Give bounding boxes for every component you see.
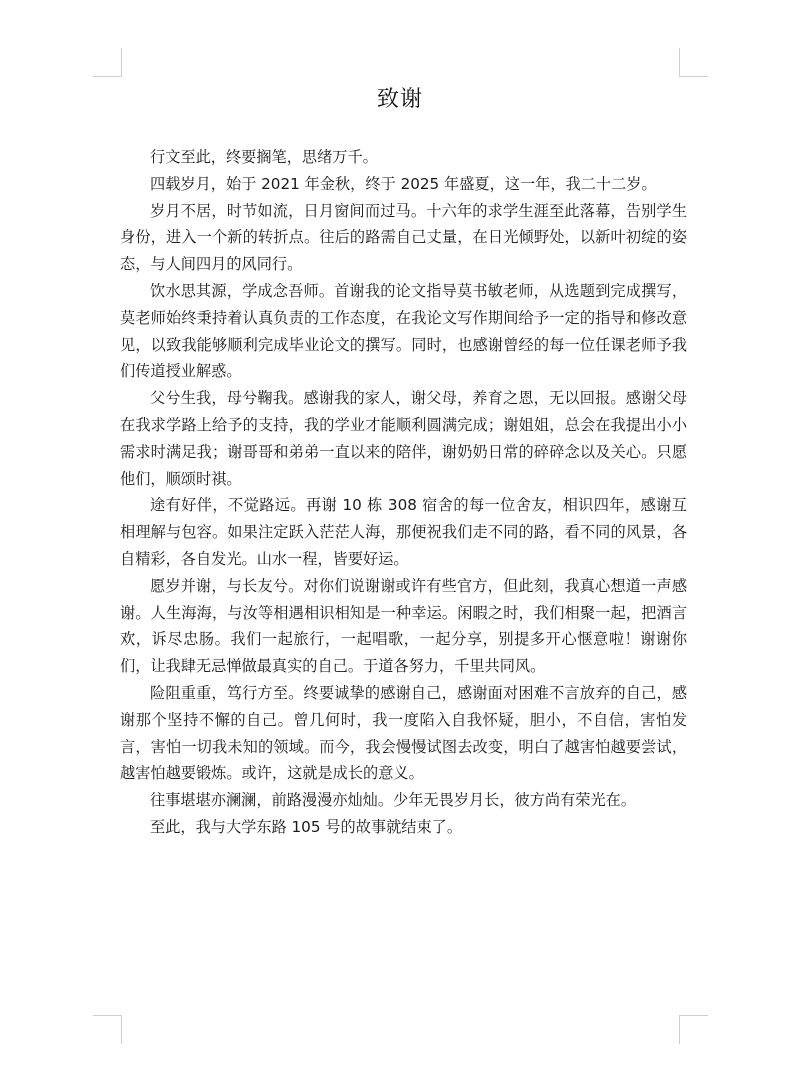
paragraph: 父兮生我，母兮鞠我。感谢我的家人，谢父母，养育之恩，无以回报。感谢父母在我求学路… (120, 385, 687, 492)
paragraph: 四载岁月，始于 2021 年金秋，终于 2025 年盛夏，这一年，我二十二岁。 (120, 171, 687, 198)
paragraph: 行文至此，终要搁笔，思绪万千。 (120, 144, 687, 171)
crop-mark-bottom-right (679, 1015, 708, 1044)
paragraph: 途有好伴，不觉路远。再谢 10 栋 308 宿舍的每一位舍友，相识四年，感谢互相… (120, 492, 687, 572)
paragraph: 往事堪堪亦澜澜，前路漫漫亦灿灿。少年无畏岁月长，彼方尚有荣光在。 (120, 787, 687, 814)
paragraph: 岁月不居，时节如流，日月窗间而过马。十六年的求学生涯至此落幕，告别学生身份，进入… (120, 198, 687, 278)
crop-mark-bottom-left (93, 1015, 122, 1044)
document-body: 行文至此，终要搁笔，思绪万千。 四载岁月，始于 2021 年金秋，终于 2025… (120, 144, 687, 841)
paragraph: 险阻重重，笃行方至。终要诚挚的感谢自己，感谢面对困难不言放弃的自己，感谢那个坚持… (120, 680, 687, 787)
paragraph: 愿岁并谢，与长友兮。对你们说谢谢或许有些官方，但此刻，我真心想道一声感谢。人生海… (120, 573, 687, 680)
crop-mark-top-left (93, 48, 122, 77)
paragraph: 至此，我与大学东路 105 号的故事就结束了。 (120, 814, 687, 841)
page-title: 致谢 (0, 82, 800, 113)
crop-mark-top-right (679, 48, 708, 77)
paragraph: 饮水思其源，学成念吾师。首谢我的论文指导莫书敏老师，从选题到完成撰写，莫老师始终… (120, 278, 687, 385)
